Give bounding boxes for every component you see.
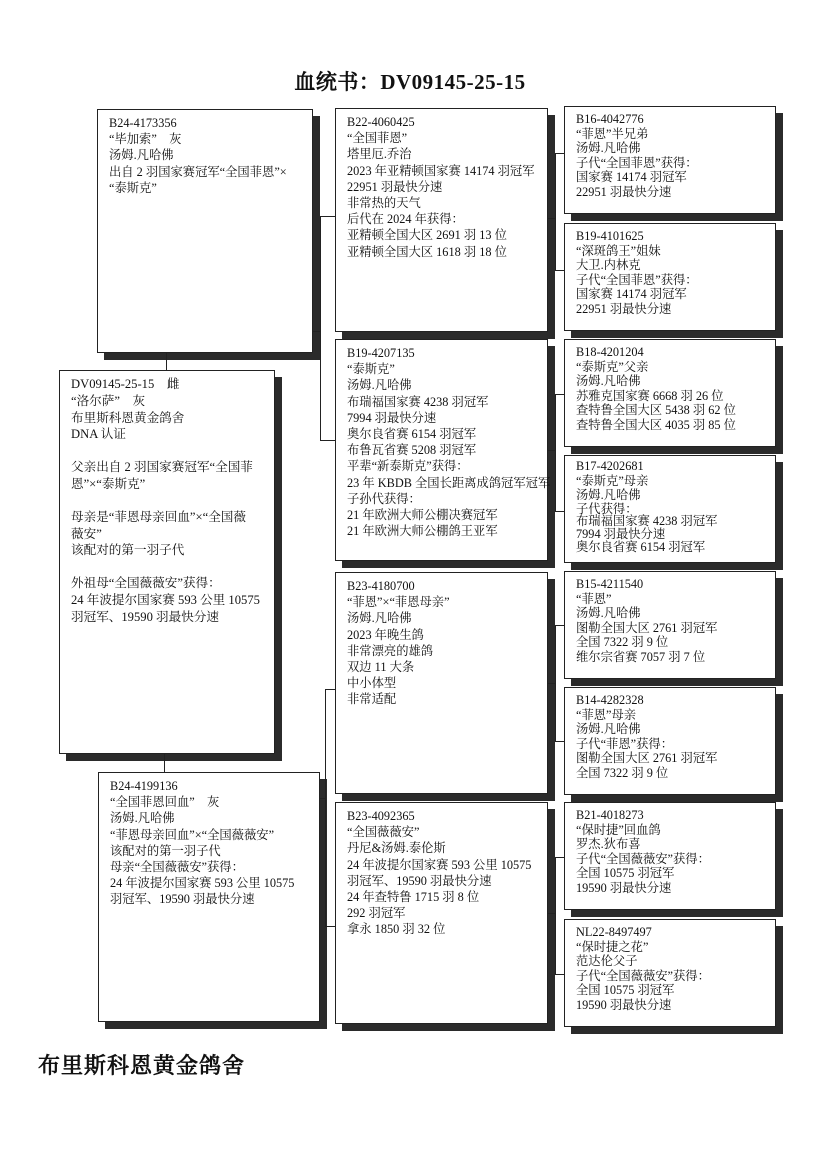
- spacer: [71, 443, 264, 459]
- connector-line: [164, 754, 165, 772]
- grandsire-paternal-card: B22-4060425 “全国菲恩” 塔里厄.乔治 2023 年亚精顿国家赛 1…: [335, 108, 548, 332]
- great-grandparent-card: NL22-8497497 “保时捷之花” 范达伦父子 子代“全国薇薇安”获得： …: [564, 919, 776, 1027]
- info-line: 19590 羽最快分速: [576, 998, 765, 1013]
- breeder: 汤姆.凡哈佛: [576, 606, 765, 621]
- breeder: 布里斯科恩黄金鸽舍: [71, 410, 264, 427]
- info-line: 非常漂亮的雄鸽: [347, 643, 537, 659]
- info-line: 父亲出自 2 羽国家赛冠军“全国菲: [71, 459, 264, 476]
- great-grandparent-card: B19-4101625 “深斑鸽王”姐妹 大卫.内林克 子代“全国菲恩”获得： …: [564, 223, 776, 331]
- connector-line: [555, 153, 556, 270]
- breeder: 汤姆.凡哈佛: [110, 810, 309, 826]
- connector-line: [548, 218, 556, 219]
- connector-line: [166, 353, 167, 370]
- connector-line: [320, 798, 326, 799]
- ring-number: B19-4207135: [347, 345, 537, 361]
- info-line: 全国 7322 羽 9 位: [576, 635, 765, 650]
- connector-line: [548, 913, 556, 914]
- breeder: 罗杰.狄布喜: [576, 837, 765, 852]
- grandsire-maternal-card: B23-4180700 “菲恩”×“菲恩母亲” 汤姆.凡哈佛 2023 年晚生鸽…: [335, 572, 548, 794]
- pigeon-name: “菲恩”半兄弟: [576, 127, 765, 142]
- info-line: 苏雅克国家赛 6668 羽 26 位: [576, 389, 765, 404]
- breeder: 塔里厄.乔治: [347, 146, 537, 162]
- info-line: 布鲁瓦省赛 5208 羽冠军: [347, 442, 537, 458]
- ring-number: B23-4180700: [347, 578, 537, 594]
- breeder: 汤姆.凡哈佛: [576, 141, 765, 156]
- info-line: 奥尔良省赛 6154 羽冠军: [576, 541, 765, 554]
- info-line: 21 年欧洲大师公棚鸽王亚军: [347, 523, 537, 539]
- info-line: “菲恩母亲回血”×“全国薇薇安”: [110, 827, 309, 843]
- info-line: 后代在 2024 年获得：: [347, 211, 537, 227]
- connector-line: [325, 689, 335, 690]
- connector-line: [555, 511, 564, 512]
- breeder: 汤姆.凡哈佛: [576, 488, 765, 503]
- info-line: “泰斯克”: [109, 180, 302, 196]
- pigeon-name: “保时捷”回血鸽: [576, 823, 765, 838]
- connector-line: [320, 216, 321, 440]
- info-line: 非常热的天气: [347, 195, 537, 211]
- ring-number: DV09145-25-15 雌: [71, 376, 264, 393]
- info-line: 24 年波提尔国家赛 593 公里 10575: [71, 592, 264, 609]
- ring-number: B24-4173356: [109, 115, 302, 131]
- pigeon-name: “毕加索” 灰: [109, 131, 302, 147]
- ring-number: B15-4211540: [576, 577, 765, 592]
- loft-name-footer: 布里斯科恩黄金鸽舍: [38, 1049, 245, 1080]
- breeder: 汤姆.凡哈佛: [347, 377, 537, 393]
- info-line: 亚精顿全国大区 1618 羽 18 位: [347, 244, 537, 260]
- pigeon-name: “全国菲恩回血” 灰: [110, 794, 309, 810]
- ring-number: B22-4060425: [347, 114, 537, 130]
- info-line: 国家赛 14174 羽冠军: [576, 170, 765, 185]
- info-line: 子代“菲恩”获得：: [576, 737, 765, 752]
- subject-card: DV09145-25-15 雌 “洛尔萨” 灰 布里斯科恩黄金鸽舍 DNA 认证…: [59, 370, 275, 754]
- info-line: 21 年欧洲大师公棚决赛冠军: [347, 507, 537, 523]
- connector-line: [555, 270, 564, 271]
- ring-number: B16-4042776: [576, 112, 765, 127]
- info-line: 查特鲁全国大区 5438 羽 62 位: [576, 403, 765, 418]
- info-line: 该配对的第一羽子代: [110, 843, 309, 859]
- info-line: 母亲是“菲恩母亲回血”×“全国薇: [71, 509, 264, 526]
- info-line: 22951 羽最快分速: [576, 185, 765, 200]
- ring-number: B17-4202681: [576, 459, 765, 474]
- pigeon-name: “保时捷之花”: [576, 940, 765, 955]
- granddam-maternal-card: B23-4092365 “全国薇薇安” 丹尼&汤姆.泰伦斯 24 年波提尔国家赛…: [335, 802, 548, 1024]
- breeder: 汤姆.凡哈佛: [576, 722, 765, 737]
- pigeon-name: “全国菲恩”: [347, 130, 537, 146]
- sire-card: B24-4173356 “毕加索” 灰 汤姆.凡哈佛 出自 2 羽国家赛冠军“全…: [97, 109, 313, 353]
- info-line: 非常适配: [347, 691, 537, 707]
- info-line: 布瑞福国家赛 4238 羽冠军: [347, 394, 537, 410]
- info-line: 恩”×“泰斯克”: [71, 476, 264, 493]
- info-line: 24 年波提尔国家赛 593 公里 10575: [110, 875, 309, 891]
- great-grandparent-card: B16-4042776 “菲恩”半兄弟 汤姆.凡哈佛 子代“全国菲恩”获得： 国…: [564, 106, 776, 214]
- pigeon-name: “泰斯克”: [347, 361, 537, 377]
- great-grandparent-card: B17-4202681 “泰斯克”母亲 汤姆.凡哈佛 子代获得： 布瑞福国家赛 …: [564, 455, 776, 563]
- info-line: 子代“全国菲恩”获得：: [576, 156, 765, 171]
- ring-number: B14-4282328: [576, 693, 765, 708]
- info-line: 子孙代获得：: [347, 491, 537, 507]
- info-line: 全国 7322 羽 9 位: [576, 766, 765, 781]
- info-line: 22951 羽最快分速: [576, 302, 765, 317]
- dam-card: B24-4199136 “全国菲恩回血” 灰 汤姆.凡哈佛 “菲恩母亲回血”×“…: [98, 772, 320, 1022]
- info-line: 子代“全国薇薇安”获得：: [576, 969, 765, 984]
- connector-line: [555, 394, 556, 511]
- info-line: 拿永 1850 羽 32 位: [347, 921, 537, 937]
- spacer: [71, 493, 264, 509]
- page-title: 血统书：DV09145-25-15: [0, 66, 820, 96]
- info-line: 奥尔良省赛 6154 羽冠军: [347, 426, 537, 442]
- info-line: 7994 羽最快分速: [347, 410, 537, 426]
- pigeon-name: “菲恩”: [576, 592, 765, 607]
- breeder: 大卫.内林克: [576, 258, 765, 273]
- pigeon-name: “泰斯克”母亲: [576, 474, 765, 489]
- connector-line: [325, 689, 326, 926]
- info-line: 19590 羽最快分速: [576, 881, 765, 896]
- pigeon-name: “菲恩”×“菲恩母亲”: [347, 594, 537, 610]
- connector-line: [325, 926, 335, 927]
- connector-line: [313, 331, 321, 332]
- info-line: 2023 年亚精顿国家赛 14174 羽冠军: [347, 163, 537, 179]
- info-line: 平辈“新泰斯克”获得：: [347, 458, 537, 474]
- connector-line: [555, 857, 556, 974]
- dna-certified: DNA 认证: [71, 426, 264, 443]
- info-line: 图勒全国大区 2761 羽冠军: [576, 621, 765, 636]
- info-line: 全国 10575 羽冠军: [576, 983, 765, 998]
- info-line: 出自 2 羽国家赛冠军“全国菲恩”×: [109, 164, 302, 180]
- pigeon-name: “泰斯克”父亲: [576, 360, 765, 375]
- connector-line: [555, 974, 564, 975]
- connector-line: [555, 741, 564, 742]
- ring-number: B24-4199136: [110, 778, 309, 794]
- pigeon-name: “深斑鸽王”姐妹: [576, 244, 765, 259]
- info-line: 子代“全国薇薇安”获得：: [576, 852, 765, 867]
- connector-line: [555, 857, 564, 858]
- info-line: 22951 羽最快分速: [347, 179, 537, 195]
- info-line: 维尔宗省赛 7057 羽 7 位: [576, 650, 765, 665]
- info-line: 23 年 KBDB 全国长距离成鸽冠军冠军: [347, 475, 537, 491]
- info-line: 292 羽冠军: [347, 905, 537, 921]
- ring-number: NL22-8497497: [576, 925, 765, 940]
- breeder: 汤姆.凡哈佛: [347, 610, 537, 626]
- info-line: 子代“全国菲恩”获得：: [576, 273, 765, 288]
- info-line: 羽冠军、19590 羽最快分速: [347, 873, 537, 889]
- info-line: 双边 11 大条: [347, 659, 537, 675]
- info-line: 中小体型: [347, 675, 537, 691]
- ring-number: B18-4201204: [576, 345, 765, 360]
- pigeon-name: “全国薇薇安”: [347, 824, 537, 840]
- info-line: 该配对的第一羽子代: [71, 542, 264, 559]
- pigeon-name: “洛尔萨” 灰: [71, 393, 264, 410]
- connector-line: [320, 216, 335, 217]
- great-grandparent-card: B15-4211540 “菲恩” 汤姆.凡哈佛 图勒全国大区 2761 羽冠军 …: [564, 571, 776, 679]
- info-line: 外祖母“全国薇薇安”获得：: [71, 575, 264, 592]
- ring-number: B23-4092365: [347, 808, 537, 824]
- info-line: 查特鲁全国大区 4035 羽 85 位: [576, 418, 765, 433]
- breeder: 范达伦父子: [576, 954, 765, 969]
- info-line: 羽冠军、19590 羽最快分速: [71, 609, 264, 626]
- connector-line: [548, 683, 556, 684]
- ring-number: B21-4018273: [576, 808, 765, 823]
- connector-line: [555, 394, 564, 395]
- info-line: 羽冠军、19590 羽最快分速: [110, 891, 309, 907]
- info-line: 全国 10575 羽冠军: [576, 866, 765, 881]
- great-grandparent-card: B14-4282328 “菲恩”母亲 汤姆.凡哈佛 子代“菲恩”获得： 图勒全国…: [564, 687, 776, 795]
- info-line: 国家赛 14174 羽冠军: [576, 287, 765, 302]
- connector-line: [548, 450, 556, 451]
- info-line: 亚精顿全国大区 2691 羽 13 位: [347, 227, 537, 243]
- pigeon-name: “菲恩”母亲: [576, 708, 765, 723]
- ring-number: B19-4101625: [576, 229, 765, 244]
- info-line: 图勒全国大区 2761 羽冠军: [576, 751, 765, 766]
- info-line: 2023 年晚生鸽: [347, 627, 537, 643]
- breeder: 汤姆.凡哈佛: [576, 374, 765, 389]
- connector-line: [555, 153, 564, 154]
- info-line: 24 年波提尔国家赛 593 公里 10575: [347, 857, 537, 873]
- connector-line: [320, 440, 335, 441]
- granddam-paternal-card: B19-4207135 “泰斯克” 汤姆.凡哈佛 布瑞福国家赛 4238 羽冠军…: [335, 339, 548, 561]
- great-grandparent-card: B18-4201204 “泰斯克”父亲 汤姆.凡哈佛 苏雅克国家赛 6668 羽…: [564, 339, 776, 447]
- connector-line: [555, 625, 564, 626]
- spacer: [71, 559, 264, 575]
- info-line: 24 年查特鲁 1715 羽 8 位: [347, 889, 537, 905]
- breeder: 汤姆.凡哈佛: [109, 147, 302, 163]
- info-line: 薇安”: [71, 526, 264, 543]
- breeder: 丹尼&汤姆.泰伦斯: [347, 840, 537, 856]
- info-line: 母亲“全国薇薇安”获得：: [110, 859, 309, 875]
- great-grandparent-card: B21-4018273 “保时捷”回血鸽 罗杰.狄布喜 子代“全国薇薇安”获得：…: [564, 802, 776, 910]
